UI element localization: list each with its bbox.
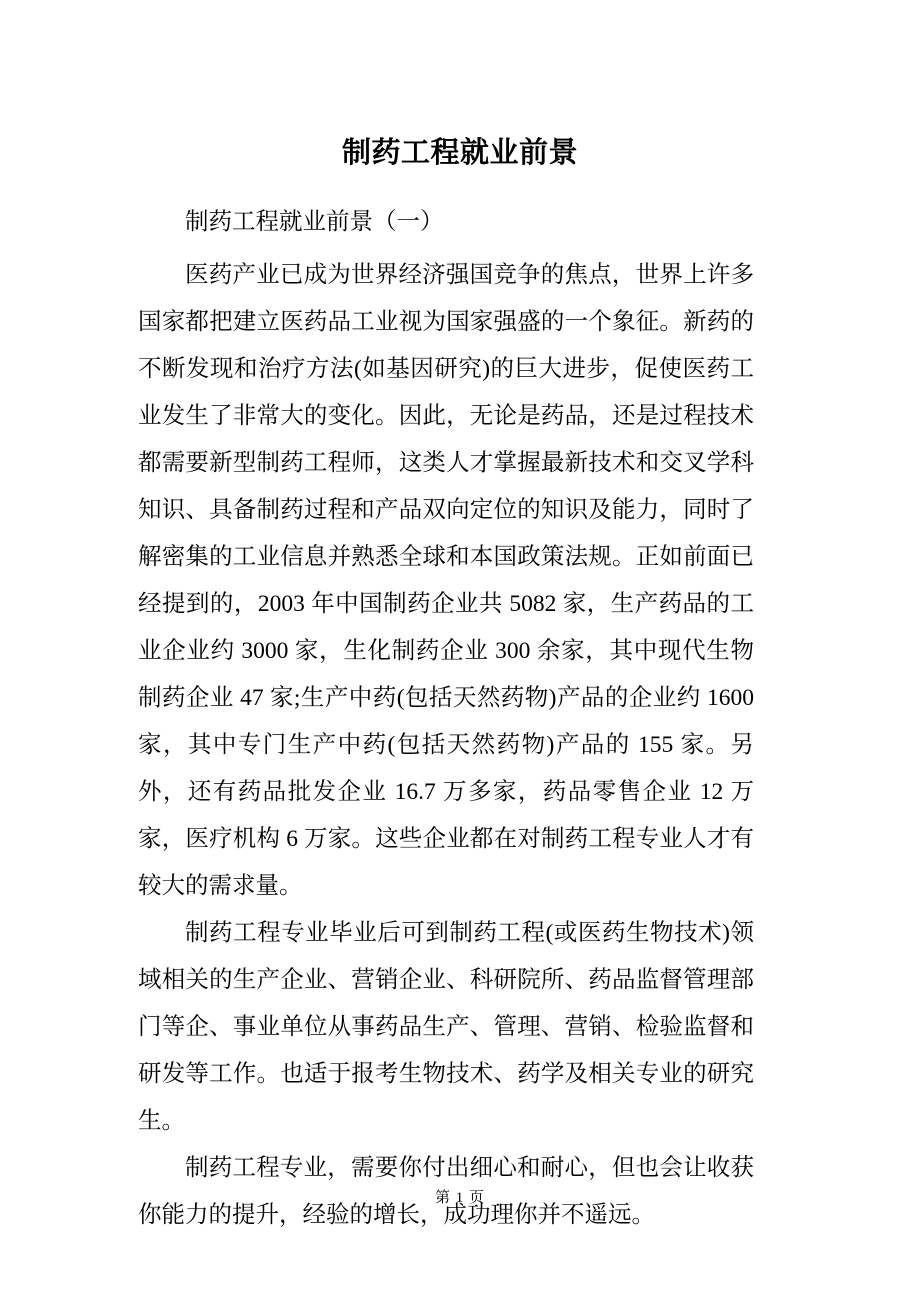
section-heading: 制药工程就业前景（一） [138, 199, 754, 246]
document-title: 制药工程就业前景 [0, 0, 920, 173]
page-number: 第 1 页 [0, 1188, 920, 1208]
paragraph-industry-overview: 医药产业已成为世界经济强国竞争的焦点，世界上许多国家都把建立医药品工业视为国家强… [138, 252, 754, 910]
paragraph-career-paths: 制药工程专业毕业后可到制药工程(或医药生物技术)领域相关的生产企业、营销企业、科… [138, 910, 754, 1145]
document-body: 制药工程就业前景（一） 医药产业已成为世界经济强国竞争的焦点，世界上许多国家都把… [138, 199, 754, 1239]
document-page: 制药工程就业前景 制药工程就业前景（一） 医药产业已成为世界经济强国竞争的焦点，… [0, 0, 920, 1302]
